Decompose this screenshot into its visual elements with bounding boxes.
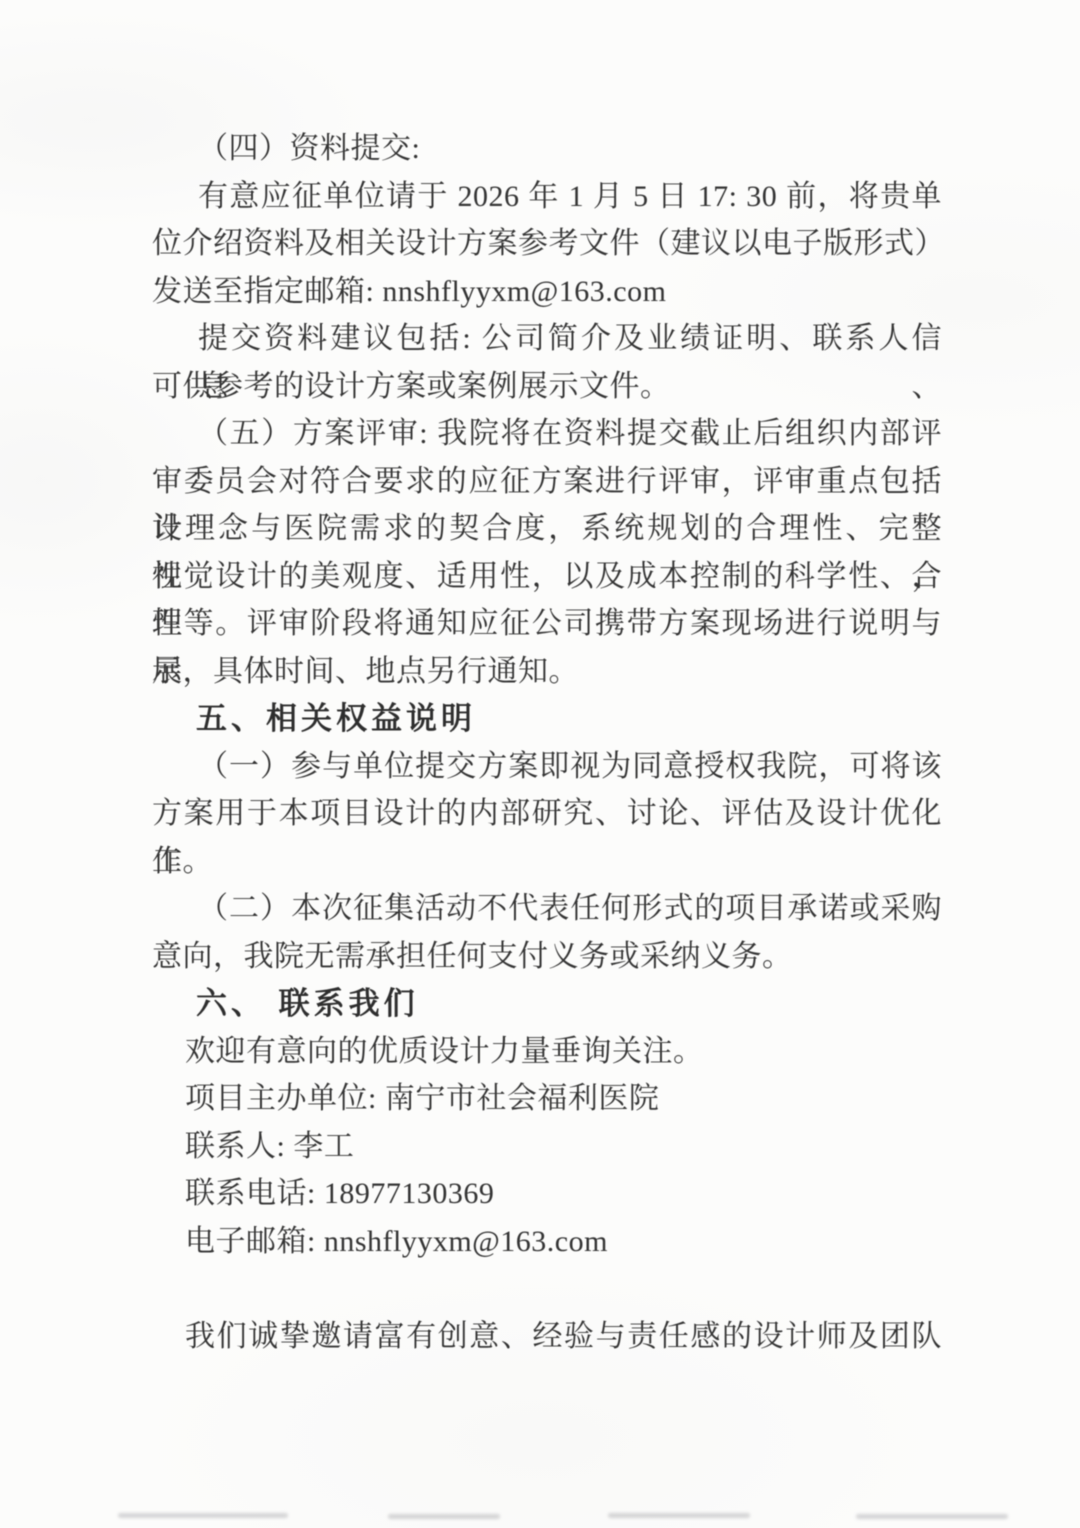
- doc-line: （五）方案评审: 我院将在资料提交截止后组织内部评: [152, 410, 942, 458]
- document-text-block: （四）资料提交:有意应征单位请于 2026 年 1 月 5 日 17: 30 前…: [152, 125, 942, 1360]
- bleed-through-smudge: [388, 1514, 500, 1519]
- doc-line: 有意应征单位请于 2026 年 1 月 5 日 17: 30 前，将贵单: [152, 173, 942, 221]
- doc-line: 示，具体时间、地点另行通知。: [152, 648, 942, 696]
- doc-line: （四）资料提交:: [152, 125, 942, 173]
- doc-line: 联系人: 李工: [152, 1123, 942, 1171]
- doc-line: 意向，我院无需承担任何支付义务或采纳义务。: [152, 933, 942, 981]
- doc-line: 视觉设计的美观度、适用性，以及成本控制的科学性、合理: [152, 553, 942, 601]
- doc-line: 发送至指定邮箱: nnshflyyxm@163.com: [152, 268, 942, 316]
- doc-line: 作。: [152, 838, 942, 886]
- blank-line: [152, 1265, 942, 1313]
- doc-line: 我们诚挚邀请富有创意、经验与责任感的设计师及团队: [152, 1313, 942, 1361]
- doc-line: 欢迎有意向的优质设计力量垂询关注。: [152, 1028, 942, 1076]
- bleed-through-smudge: [118, 1513, 288, 1518]
- section-heading: 五、相关权益说明: [152, 695, 942, 743]
- doc-line: 位介绍资料及相关设计方案参考文件（建议以电子版形式）: [152, 220, 942, 268]
- doc-line: 联系电话: 18977130369: [152, 1170, 942, 1218]
- document-page: （四）资料提交:有意应征单位请于 2026 年 1 月 5 日 17: 30 前…: [0, 0, 1080, 1528]
- doc-line: 电子邮箱: nnshflyyxm@163.com: [152, 1218, 942, 1266]
- doc-line: （二）本次征集活动不代表任何形式的项目承诺或采购: [152, 885, 942, 933]
- doc-line: 审委员会对符合要求的应征方案进行评审，评审重点包括设: [152, 458, 942, 506]
- section-heading: 六、 联系我们: [152, 980, 942, 1028]
- doc-line: 性等。评审阶段将通知应征公司携带方案现场进行说明与展: [152, 600, 942, 648]
- doc-line: 提交资料建议包括: 公司简介及业绩证明、联系人信息、: [152, 315, 942, 363]
- doc-line: 计理念与医院需求的契合度，系统规划的合理性、完整性，: [152, 505, 942, 553]
- doc-line: 方案用于本项目设计的内部研究、讨论、评估及设计优化工: [152, 790, 942, 838]
- bleed-through-smudge: [608, 1513, 750, 1518]
- doc-line: （一）参与单位提交方案即视为同意授权我院，可将该: [152, 743, 942, 791]
- doc-line: 项目主办单位: 南宁市社会福利医院: [152, 1075, 942, 1123]
- bleed-through-smudge: [856, 1514, 1008, 1519]
